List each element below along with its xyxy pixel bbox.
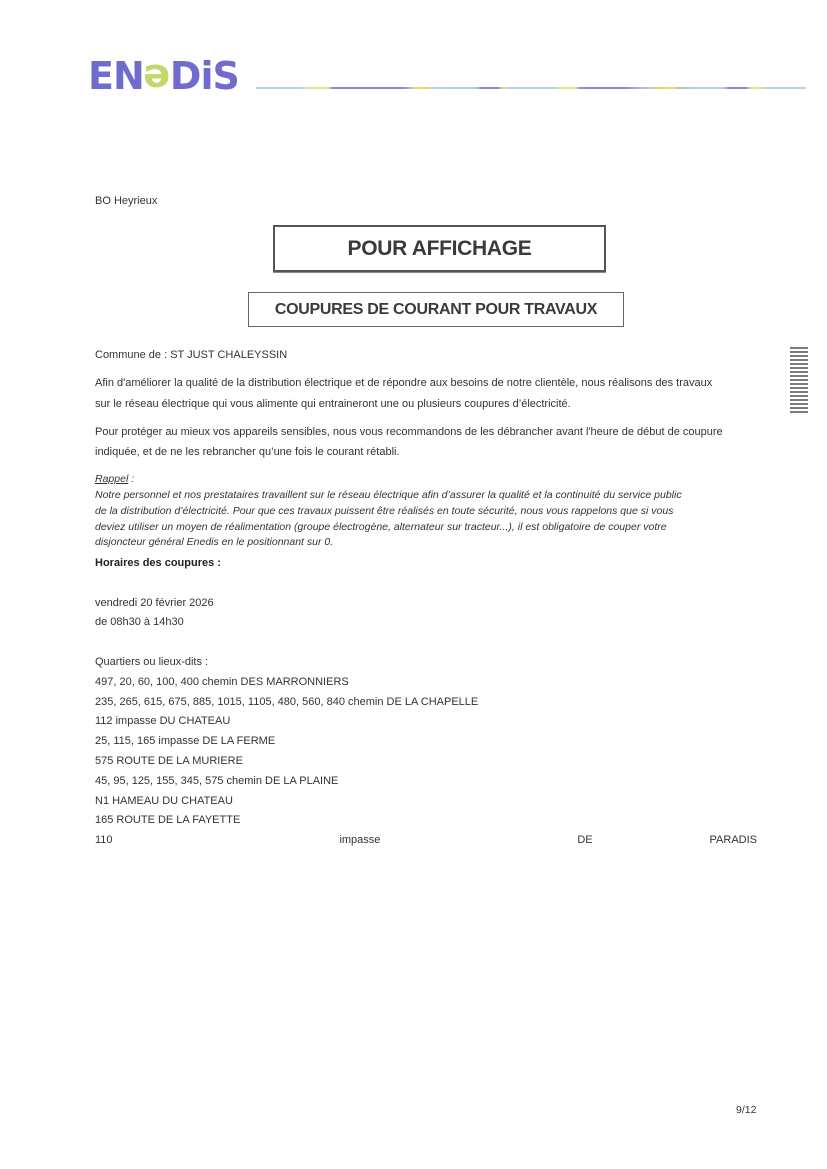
logo-part-dis: DiS (170, 56, 239, 96)
justified-word: DE (577, 833, 592, 847)
location-item: 45, 95, 125, 155, 345, 575 chemin DE LA … (95, 774, 338, 788)
protect-line-1: Pour protéger au mieux vos appareils sen… (95, 425, 723, 439)
location-item: 235, 265, 615, 675, 885, 1015, 1105, 480… (95, 695, 478, 709)
schedule-date: vendredi 20 février 2026 (95, 596, 214, 610)
protect-line-2: indiquée, et de ne les rebrancher qu’une… (95, 445, 400, 459)
location-item: 25, 115, 165 impasse DE LA FERME (95, 734, 275, 748)
rappel-heading: Rappel : (95, 472, 134, 486)
logo-part-en: EN (88, 56, 144, 96)
schedule-time: de 08h30 à 14h30 (95, 615, 184, 629)
title-box-main: POUR AFFICHAGE (273, 225, 606, 272)
rappel-line-2: de la distribution d’électricité. Pour q… (95, 504, 673, 518)
schedule-heading: Horaires des coupures : (95, 556, 221, 570)
location-item: 497, 20, 60, 100, 400 chemin DES MARRONN… (95, 675, 349, 689)
location-item: 112 impasse DU CHATEAU (95, 714, 230, 728)
title-box-sub: COUPURES DE COURANT POUR TRAVAUX (248, 292, 624, 327)
location-item: N1 HAMEAU DU CHATEAU (95, 794, 233, 808)
rappel-label: Rappel (95, 473, 128, 485)
page-number: 9/12 (736, 1103, 756, 1117)
locations-heading: Quartiers ou lieux-dits : (95, 655, 208, 669)
rappel-colon: : (128, 473, 134, 485)
title-sub: COUPURES DE COURANT POUR TRAVAUX (275, 301, 597, 319)
rappel-line-3: deviez utiliser un moyen de réalimentati… (95, 520, 667, 534)
title-main: POUR AFFICHAGE (347, 237, 531, 261)
justified-word: PARADIS (710, 833, 757, 847)
enedis-logo: EN e DiS (88, 56, 239, 96)
rappel-line-1: Notre personnel et nos prestataires trav… (95, 488, 682, 502)
sender-label: BO Heyrieux (95, 194, 157, 208)
header-color-rule (256, 87, 806, 89)
rappel-line-4: disjoncteur général Enedis en le positio… (95, 535, 333, 549)
location-item-justified: 110 impasse DE PARADIS (95, 833, 757, 847)
logo-part-e: e (144, 58, 170, 98)
commune-line: Commune de : ST JUST CHALEYSSIN (95, 348, 287, 362)
intro-line-1: Afin d'améliorer la qualité de la distri… (95, 376, 712, 390)
intro-line-2: sur le réseau électrique qui vous alimen… (95, 397, 571, 411)
location-item: 165 ROUTE DE LA FAYETTE (95, 813, 240, 827)
justified-word: 110 (95, 833, 113, 847)
justified-word: impasse (339, 833, 380, 847)
location-item: 575 ROUTE DE LA MURIERE (95, 754, 243, 768)
datamatrix-barcode (790, 345, 808, 413)
